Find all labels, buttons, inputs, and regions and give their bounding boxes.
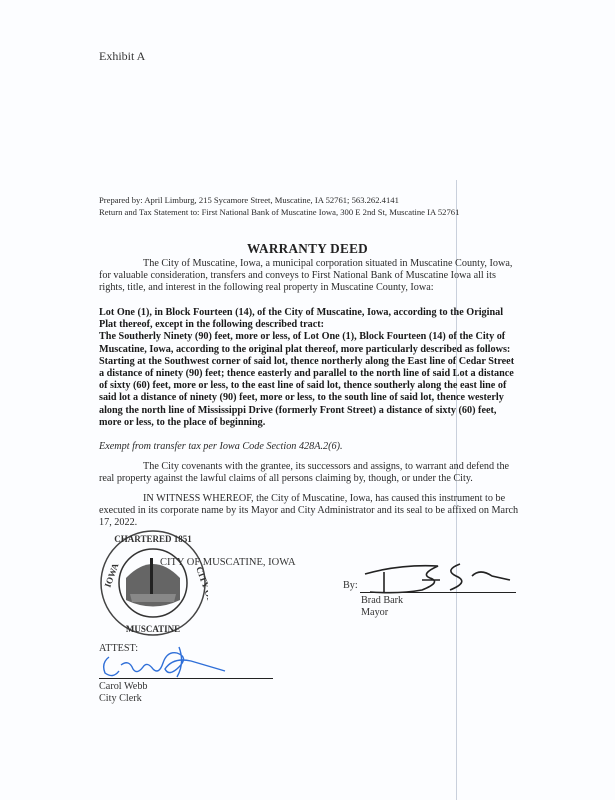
witness-text: IN WITNESS WHEREOF, the City of Muscatin… [99,493,518,528]
mayor-block: Brad Bark Mayor [361,595,403,619]
return-to: Return and Tax Statement to: First Natio… [99,207,459,219]
mayor-signature-icon [360,560,520,596]
mayor-name: Brad Bark [361,595,403,607]
clerk-block: Carol Webb City Clerk [99,681,148,705]
svg-text:CITY OF: CITY OF [194,565,208,604]
deed-page: Exhibit A Prepared by: April Limburg, 21… [0,0,615,800]
clerk-signature-icon [99,643,229,681]
by-label: By: [343,580,358,591]
intro-paragraph: The City of Muscatine, Iowa, a municipal… [99,258,519,295]
prepared-by: Prepared by: April Limburg, 215 Sycamore… [99,195,459,207]
svg-text:MUSCATINE: MUSCATINE [126,624,180,634]
clerk-signature-line [99,678,273,679]
svg-text:IOWA: IOWA [102,561,120,588]
legal-description-lot: Lot One (1), in Block Fourteen (14), of … [99,307,519,331]
covenant-paragraph: The City covenants with the grantee, its… [99,461,519,485]
legal-description: Lot One (1), in Block Fourteen (14), of … [99,307,519,429]
clerk-name: Carol Webb [99,681,148,693]
mayor-title: Mayor [361,607,403,619]
preparer-block: Prepared by: April Limburg, 215 Sycamore… [99,195,459,218]
exhibit-label: Exhibit A [99,49,145,64]
legal-description-exception: The Southerly Ninety (90) feet, more or … [99,331,519,429]
svg-text:CHARTERED 1851: CHARTERED 1851 [114,534,192,544]
mayor-signature-line [360,592,516,593]
document-title: WARRANTY DEED [0,241,615,257]
clerk-title: City Clerk [99,693,148,705]
covenant-text: The City covenants with the grantee, its… [99,461,509,484]
tax-exemption: Exempt from transfer tax per Iowa Code S… [99,441,519,453]
city-seal-icon: CHARTERED 1851 MUSCATINE IOWA CITY OF [98,528,208,638]
city-heading: CITY OF MUSCATINE, IOWA [160,557,296,568]
intro-text: The City of Muscatine, Iowa, a municipal… [99,258,512,293]
witness-paragraph: IN WITNESS WHEREOF, the City of Muscatin… [99,493,519,530]
